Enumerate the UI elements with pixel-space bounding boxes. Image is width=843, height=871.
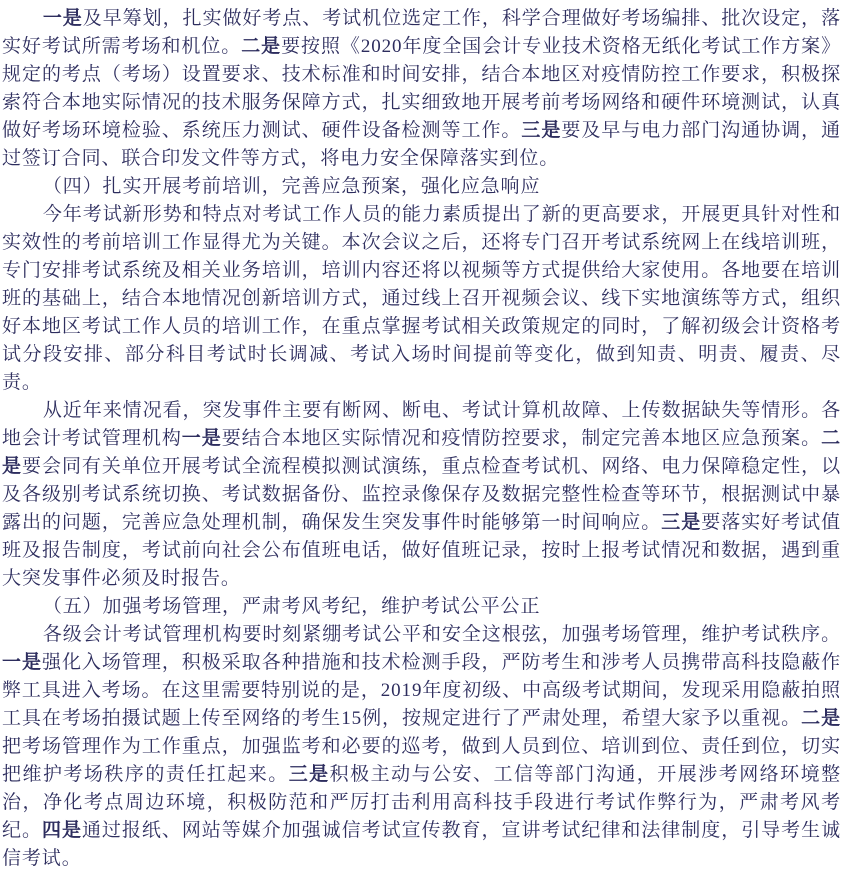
emphasis-run: 一是 <box>2 652 42 673</box>
document-page: 一是及早筹划，扎实做好考点、考试机位选定工作，科学合理做好考场编排、批次设定，落… <box>0 0 843 871</box>
section-heading: （五）加强考场管理，严肃考风考纪，维护考试公平公正 <box>2 593 841 621</box>
text-run: （五）加强考场管理，严肃考风考纪，维护考试公平公正 <box>43 596 541 617</box>
emphasis-run: 三是 <box>661 512 701 533</box>
paragraph: 从近年来情况看，突发事件主要有断网、断电、考试计算机故障、上传数据缺失等情形。各… <box>2 397 841 593</box>
document-body: 一是及早筹划，扎实做好考点、考试机位选定工作，科学合理做好考场编排、批次设定，落… <box>2 5 841 871</box>
emphasis-run: 三是 <box>289 764 330 785</box>
text-run: 强化入场管理，积极采取各种措施和技术检测手段，严防考生和涉考人员携带高科技隐蔽作… <box>2 652 841 729</box>
emphasis-run: 二是 <box>801 708 841 729</box>
text-run: 通过报纸、网站等媒介加强诚信考试宣传教育，宣讲考试纪律和法律制度，引导考生诚信考… <box>2 820 841 869</box>
emphasis-run: 四是 <box>42 820 82 841</box>
text-run: 要结合本地区实际情况和疫情防控要求，制定完善本地区应急预案。 <box>222 428 821 449</box>
emphasis-run: 二是 <box>241 36 281 57</box>
text-run: （四）扎实开展考前培训，完善应急预案，强化应急响应 <box>43 176 541 197</box>
paragraph: 各级会计考试管理机构要时刻紧绷考试公平和安全这根弦，加强考场管理，维护考试秩序。… <box>2 621 841 871</box>
section-heading: （四）扎实开展考前培训，完善应急预案，强化应急响应 <box>2 173 841 201</box>
paragraph: 今年考试新形势和特点对考试工作人员的能力素质提出了新的更高要求，开展更具针对性和… <box>2 201 841 397</box>
paragraph: 一是及早筹划，扎实做好考点、考试机位选定工作，科学合理做好考场编排、批次设定，落… <box>2 5 841 173</box>
text-run: 各级会计考试管理机构要时刻紧绷考试公平和安全这根弦，加强考场管理，维护考试秩序。 <box>43 624 841 645</box>
emphasis-run: 一是 <box>182 428 222 449</box>
emphasis-run: 一是 <box>43 8 83 29</box>
emphasis-run: 三是 <box>521 120 561 141</box>
text-run: 今年考试新形势和特点对考试工作人员的能力素质提出了新的更高要求，开展更具针对性和… <box>2 204 841 393</box>
